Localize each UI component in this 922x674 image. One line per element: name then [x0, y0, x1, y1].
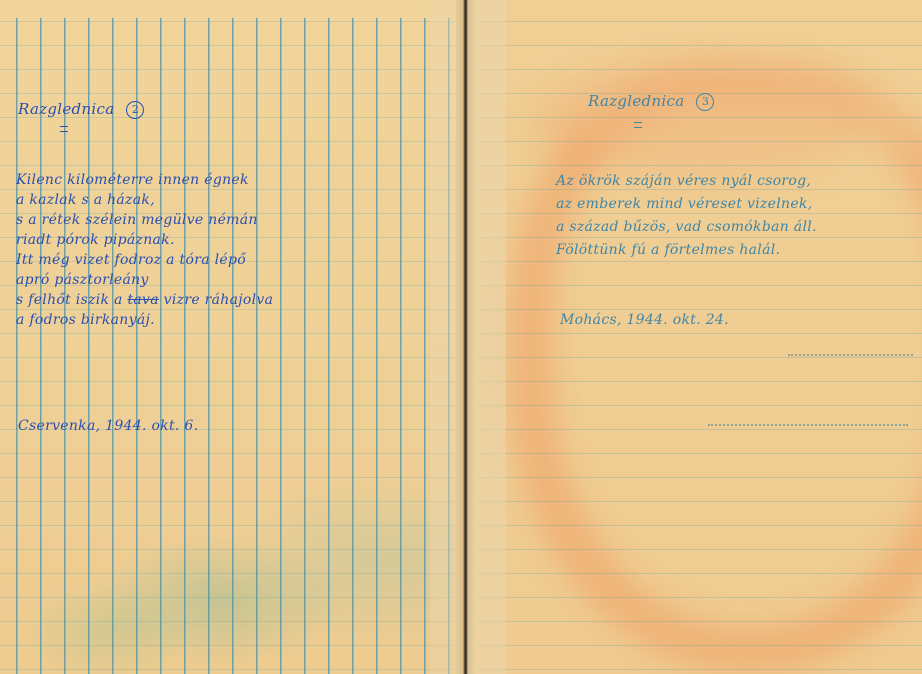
poem-line: a fodros birkanyáj.	[16, 310, 273, 330]
line-text: vizre ráhajolva	[164, 292, 274, 308]
struck-word: tava	[127, 292, 158, 308]
page-edge-right	[476, 0, 506, 674]
title-underline-mark	[60, 126, 68, 132]
page-edge-left	[430, 0, 458, 674]
poem-line: a század bűzös, vad csomókban áll.	[556, 216, 817, 239]
right-page: Razglednica3 Az ökrök száján véres nyál …	[468, 0, 922, 674]
right-poem-title: Razglednica3	[588, 92, 714, 111]
title-text: Razglednica	[588, 92, 684, 110]
line-text: s felhőt iszik a	[16, 292, 123, 308]
poem-line: Fölöttünk fú a förtelmes halál.	[556, 239, 817, 262]
poem-line: az emberek mind véreset vizelnek,	[556, 193, 817, 216]
right-poem-body: Az ökrök száján véres nyál csorog, az em…	[556, 170, 817, 262]
left-page: Razglednica2 Kilenc kilométerre innen ég…	[0, 0, 464, 674]
poem-line: Itt még vizet fodroz a tóra lépő	[16, 250, 273, 270]
poem-number-badge: 2	[126, 101, 144, 119]
poem-line: Az ökrök száján véres nyál csorog,	[556, 170, 817, 193]
title-text: Razglednica	[18, 100, 114, 118]
faint-ink-dots	[788, 354, 913, 356]
title-underline-mark	[634, 122, 642, 128]
poem-line: s a rétek szélein megülve némán	[16, 210, 273, 230]
poem-line: Kilenc kilométerre innen égnek	[16, 170, 273, 190]
ruled-grid	[468, 18, 922, 674]
left-poem-body: Kilenc kilométerre innen égnek a kazlak …	[16, 170, 273, 330]
poem-line: riadt pórok pipáznak.	[16, 230, 273, 250]
poem-line: apró pásztorleány	[16, 270, 273, 290]
poem-number-badge: 3	[696, 93, 714, 111]
left-poem-title: Razglednica2	[18, 100, 144, 119]
poem-line: s felhőt iszik a tava vizre ráhajolva	[16, 290, 273, 310]
faint-ink-dots	[708, 424, 908, 426]
right-signature: Mohács, 1944. okt. 24.	[560, 312, 729, 328]
notebook-spine	[456, 0, 476, 674]
poem-line: a kazlak s a házak,	[16, 190, 273, 210]
left-signature: Cservenka, 1944. okt. 6.	[18, 418, 198, 434]
